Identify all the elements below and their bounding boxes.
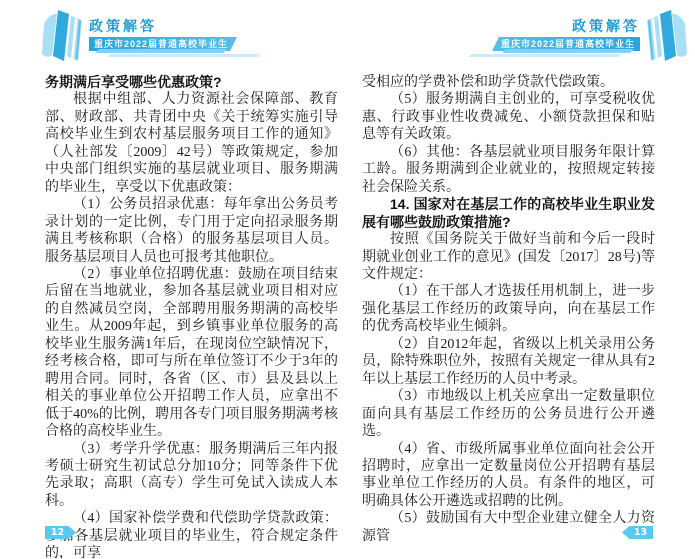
header-swoosh-decoration <box>108 54 261 57</box>
header-swoosh-decoration <box>469 54 622 57</box>
paragraph: （4）省、市级所属事业单位面向社会公开招聘时，应拿出一定数量岗位公开招聘有基层事… <box>362 441 655 511</box>
paragraph: （1）在干部人才选拔任用机制上，进一步强化基层工作经历的政策导向，向在基层工作的… <box>362 283 655 335</box>
left-page-header: 政策解答 重庆市2022届普通高校毕业生 <box>38 8 237 62</box>
right-header-text: 政策解答 重庆市2022届普通高校毕业生 <box>492 18 640 52</box>
paragraph: （2）自2012年起，省级以上机关录用公务员，除特殊职位外，按照有关规定一律从具… <box>362 336 655 388</box>
right-page-header: 政策解答 重庆市2022届普通高校毕业生 <box>492 8 691 62</box>
paragraph: （3）市地级以上机关应拿出一定数量职位面向具有基层工作经历的公务员进行公开遴选。 <box>362 388 655 440</box>
paragraph: （3）考学升学优惠：服务期满后三年内报考硕士研究生初试总分加10分；同等条件下优… <box>45 441 338 511</box>
paragraph: （4）国家补偿学费和代偿助学贷款政策：参加各基层就业项目的毕业生，符合规定条件的… <box>45 510 338 559</box>
paragraph-continuation: 受相应的学费补偿和助学贷款代偿政策。 <box>362 74 655 91</box>
right-page-body: 受相应的学费补偿和助学贷款代偿政策。 （5）服务期满自主创业的，可享受税收优惠、… <box>362 74 655 545</box>
header-swoosh-decoration <box>502 49 634 53</box>
left-header-text: 政策解答 重庆市2022届普通高校毕业生 <box>89 18 237 52</box>
paragraph: （2）事业单位招聘优惠：鼓励在项目结束后留在当地就业，参加各基层就业项目相对应的… <box>45 266 338 441</box>
question-heading-continuation: 务期满后享受哪些优惠政策? <box>45 74 338 91</box>
paragraph: 根据中组部、人力资源社会保障部、教育部、财政部、共青团中央《关于统筹实施引导高校… <box>45 91 338 196</box>
paragraph: 按照《国务院关于做好当前和今后一段时期就业创业工作的意见》(国发〔2017〕28… <box>362 231 655 283</box>
booklet-title: 政策解答 <box>89 18 237 34</box>
left-page-body: 务期满后享受哪些优惠政策? 根据中组部、人力资源社会保障部、教育部、财政部、共青… <box>45 74 338 559</box>
header-swoosh-decoration <box>95 49 227 53</box>
booklet-title: 政策解答 <box>492 18 640 34</box>
booklet-logo-icon <box>38 8 86 62</box>
question-heading: 14. 国家对在基层工作的高校毕业生职业发展有哪些鼓励政策措施? <box>362 196 655 231</box>
paragraph: （6）其他：各基层就业项目服务年限计算工龄。服务期满到企业就业的，按照规定转接社… <box>362 144 655 196</box>
paragraph: （1）公务员招录优惠：每年拿出公务员考录计划的一定比例，专门用于定向招录服务期满… <box>45 196 338 266</box>
booklet-spread: { "header": { "title": "政策解答", "subtitle… <box>0 0 695 559</box>
booklet-logo-icon <box>643 8 691 62</box>
paragraph: （5）服务期满自主创业的，可享受税收优惠、行政事业性收费减免、小额贷款担保和贴息… <box>362 91 655 143</box>
paragraph: （5）鼓励国有大中型企业建立健全人力资源管 <box>362 510 655 545</box>
